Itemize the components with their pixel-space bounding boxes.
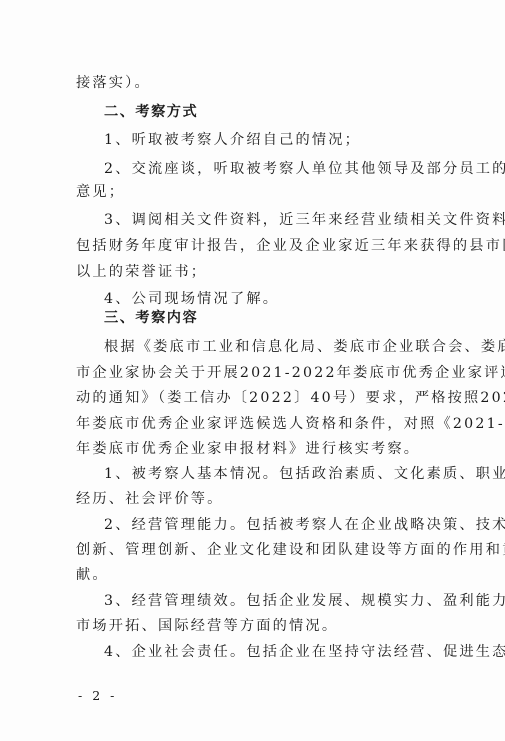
text-line: 动的通知》（娄工信办〔2022〕40号）要求，严格按照2021-2022 [76,389,505,407]
text-line: 经历、社会评价等。 [76,490,224,508]
text-line: 献。 [76,566,109,584]
text-line: 创新、管理创新、企业文化建设和团队建设等方面的作用和贡 [76,541,505,559]
text-line: 以上的荣誉证书； [76,263,207,281]
text-line: 年娄底市优秀企业家评选候选人资格和条件，对照《2021-2022 [76,415,505,433]
text-line: 接落实）。 [76,74,151,92]
text-line: 3、调阅相关文件资料，近三年来经营业绩相关文件资料， [104,211,505,229]
text-line: 市场开拓、国际经营等方面的情况。 [76,617,338,635]
section-heading-inspection-method: 二、考察方式 [104,103,198,121]
text-line: 3、经营管理绩效。包括企业发展、规模实力、盈利能力、 [104,592,505,610]
text-line: 1、听取被考察人介绍自己的情况； [104,131,361,149]
text-line: 4、企业社会责任。包括企业在坚持守法经营、促进生态 [104,643,505,661]
text-line: 意见； [76,183,125,201]
text-line: 根据《娄底市工业和信息化局、娄底市企业联合会、娄底 [104,338,505,356]
text-line: 2、交流座谈，听取被考察人单位其他领导及部分员工的 [104,160,505,178]
text-line: 2、经营管理能力。包括被考察人在企业战略决策、技术 [104,516,505,534]
page-number: - 2 - [78,688,117,703]
text-line: 包括财务年度审计报告，企业及企业家近三年来获得的县市区 [76,237,505,255]
text-line: 4、公司现场情况了解。 [104,290,279,308]
section-heading-inspection-content: 三、考察内容 [104,309,198,327]
text-line: 年娄底市优秀企业家申报材料》进行核实考察。 [76,440,420,458]
document-page: 接落实）。 二、考察方式 1、听取被考察人介绍自己的情况； 2、交流座谈，听取被… [0,0,505,741]
text-line: 市企业家协会关于开展2021-2022年娄底市优秀企业家评选活 [76,364,505,382]
text-line: 1、被考察人基本情况。包括政治素质、文化素质、职业 [104,465,505,483]
